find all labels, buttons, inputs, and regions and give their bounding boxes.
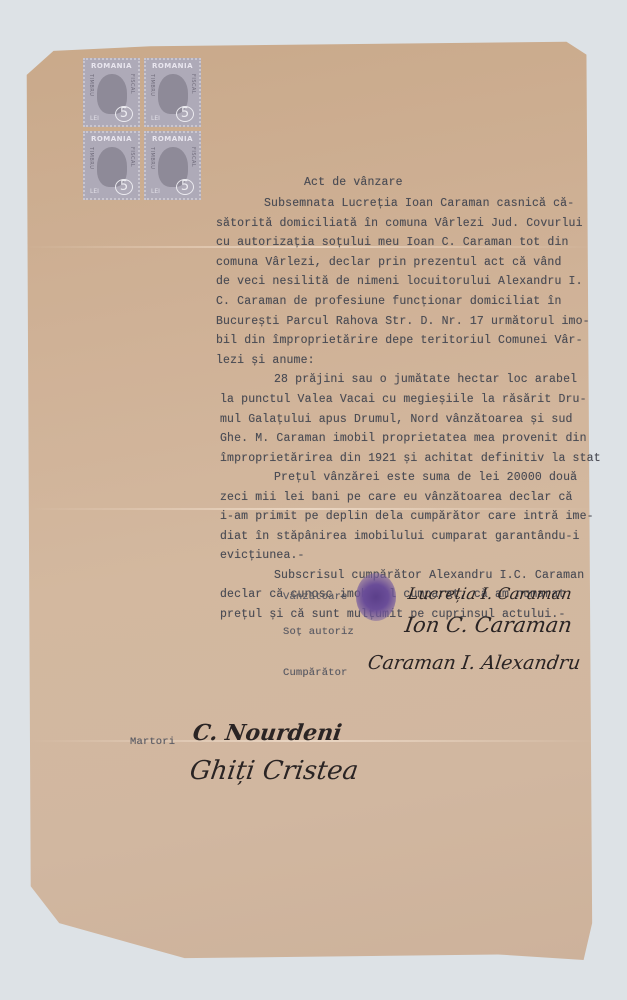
- text-line: de veci nesilită de nimeni locuitorului …: [216, 275, 583, 288]
- text-line: bil din împroprietărire depe teritoriul …: [216, 334, 583, 347]
- stamp-left-text: TIMBRU: [88, 74, 94, 96]
- stamp-left-text: TIMBRU: [88, 147, 94, 169]
- husband-signature: Ion C. Caraman: [403, 613, 573, 637]
- fiscal-stamp: ROMANIA TIMBRU FISCAL LEI 5: [83, 58, 140, 127]
- witness-1-signature: C. Nourdeni: [191, 720, 343, 746]
- seller-signature: Lucreția I. Caraman: [407, 584, 573, 603]
- stamp-value: 5: [115, 106, 133, 122]
- stamp-right-text: FISCAL: [190, 74, 196, 94]
- text-line: zeci mii lei bani pe care eu vânzătoarea…: [220, 491, 573, 504]
- buyer-signature: Caraman I. Alexandru: [366, 652, 581, 674]
- document-title: Act de vânzare: [304, 176, 403, 189]
- stamp-currency: LEI: [90, 188, 99, 195]
- text-line: Ghe. M. Caraman imobil proprietatea mea …: [220, 432, 587, 445]
- text-line: diat în stăpânirea imobilului cumparat g…: [220, 530, 580, 543]
- text-line: i-am primit pe deplin dela cumpărător ca…: [220, 510, 594, 523]
- text-line: București Parcul Rahova Str. D. Nr. 17 u…: [216, 315, 590, 328]
- text-line: Prețul vânzărei este suma de lei 20000 d…: [274, 471, 577, 484]
- stamp-value: 5: [115, 179, 133, 195]
- stamp-right-text: FISCAL: [129, 147, 135, 167]
- stamp-currency: LEI: [151, 115, 160, 122]
- stamp-currency: LEI: [151, 188, 160, 195]
- fiscal-stamp: ROMANIA TIMBRU FISCAL LEI 5: [144, 131, 201, 200]
- witness-2-signature: Ghiți Cristea: [188, 756, 360, 786]
- stamp-country: ROMANIA: [85, 62, 138, 70]
- witnesses-label: Martori: [130, 736, 175, 748]
- stamp-country: ROMANIA: [146, 62, 199, 70]
- husband-label: Soț autoriz: [283, 626, 354, 638]
- text-line: sătorită domiciliată în comuna Vârlezi J…: [216, 217, 583, 230]
- stamp-left-text: TIMBRU: [149, 147, 155, 169]
- text-line: Subscrisul cumpărător Alexandru I.C. Car…: [274, 569, 584, 582]
- text-line: evicțiunea.-: [220, 549, 305, 562]
- text-line: cu autorizația soțului meu Ioan C. Caram…: [216, 236, 569, 249]
- stamp-country: ROMANIA: [146, 135, 199, 143]
- text-line: C. Caraman de profesiune funcționar domi…: [216, 295, 562, 308]
- fiscal-stamp: ROMANIA TIMBRU FISCAL LEI 5: [144, 58, 201, 127]
- seller-label: Vânzătoare: [283, 591, 348, 603]
- buyer-label: Cumpărător: [283, 667, 348, 679]
- stamp-value: 5: [176, 106, 194, 122]
- text-line: Subsemnata Lucreția Ioan Caraman casnică…: [264, 197, 574, 210]
- fiscal-stamps-block: ROMANIA TIMBRU FISCAL LEI 5 ROMANIA TIMB…: [83, 58, 201, 200]
- stamp-value: 5: [176, 179, 194, 195]
- text-line: la punctul Valea Vacai cu megieșiile la …: [220, 393, 587, 406]
- text-line: mul Galațului apus Drumul, Nord vânzătoa…: [220, 413, 573, 426]
- text-line: comuna Vârlezi, declar prin prezentul ac…: [216, 256, 562, 269]
- stamp-left-text: TIMBRU: [149, 74, 155, 96]
- thumbprint: [356, 573, 396, 621]
- stamp-country: ROMANIA: [85, 135, 138, 143]
- text-line: 28 prăjini sau o jumătate hectar loc ara…: [274, 373, 577, 386]
- fiscal-stamp: ROMANIA TIMBRU FISCAL LEI 5: [83, 131, 140, 200]
- stamp-right-text: FISCAL: [190, 147, 196, 167]
- text-line: împroprietărirea din 1921 și achitat def…: [220, 452, 601, 465]
- stamp-currency: LEI: [90, 115, 99, 122]
- stamp-right-text: FISCAL: [129, 74, 135, 94]
- text-line: lezi și anume:: [216, 354, 315, 367]
